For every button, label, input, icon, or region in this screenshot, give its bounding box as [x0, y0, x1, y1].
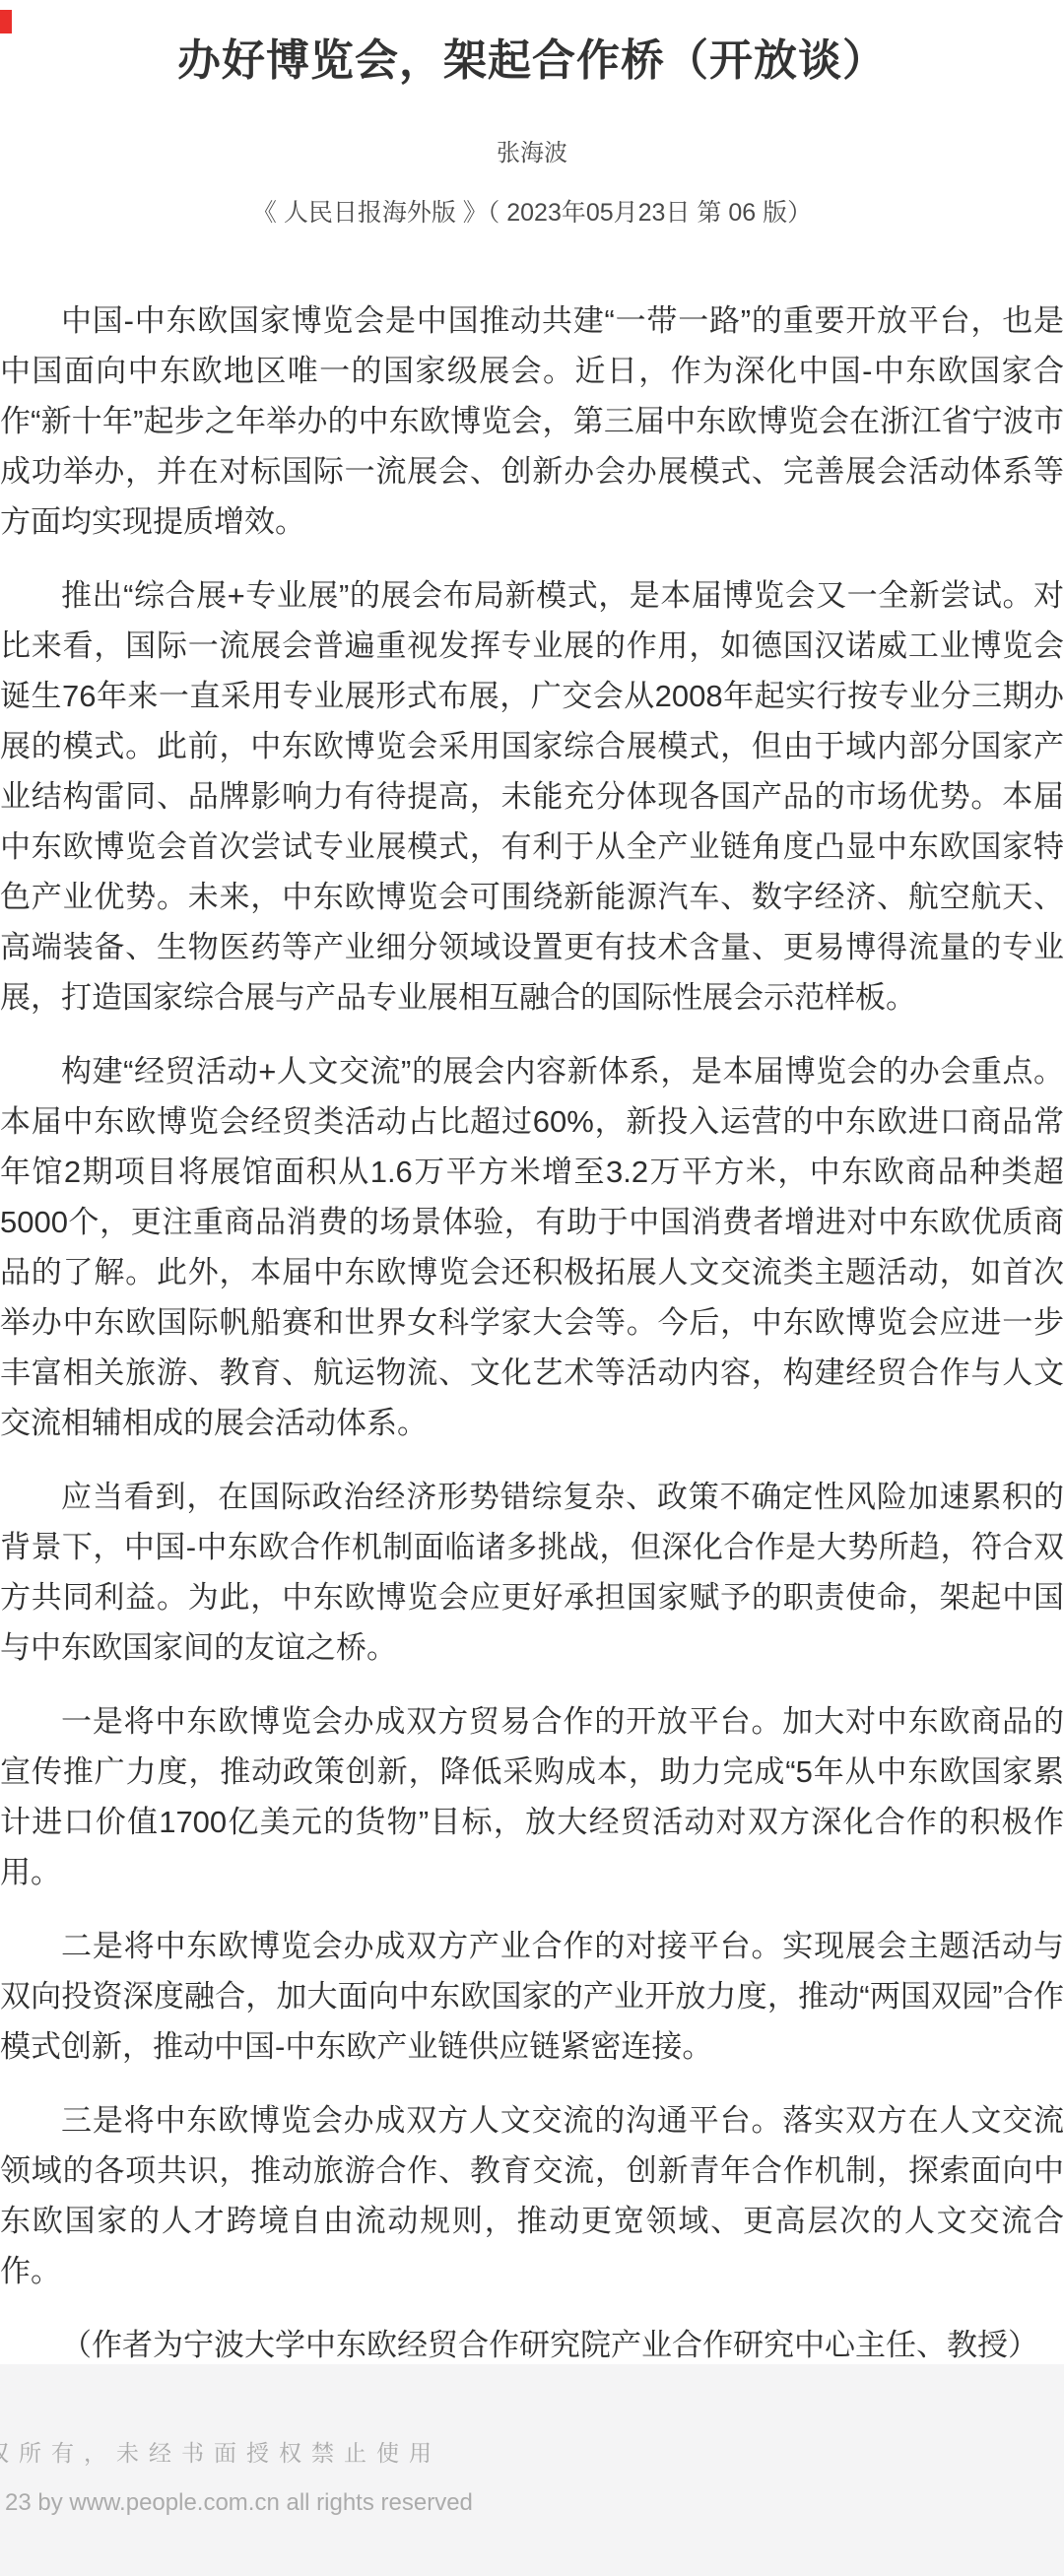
article-body: 中国-中东欧国家博览会是中国推动共建“一带一路”的重要开放平台，也是中国面向中东…	[0, 296, 1064, 2370]
article-paragraph: 一是将中东欧博览会办成双方贸易合作的开放平台。加大对中东欧商品的宣传推广力度，推…	[0, 1696, 1064, 1897]
article-paragraph: （作者为宁波大学中东欧经贸合作研究院产业合作研究中心主任、教授）	[0, 2320, 1064, 2370]
article-paragraph: 应当看到，在国际政治经济形势错综复杂、政策不确定性风险加速累积的背景下，中国-中…	[0, 1472, 1064, 1673]
article-paragraph: 推出“综合展+专业展”的展会布局新模式，是本届博览会又一全新尝试。对比来看，国际…	[0, 570, 1064, 1023]
article-paragraph: 三是将中东欧博览会办成双方人文交流的沟通平台。落实双方在人文交流领域的各项共识，…	[0, 2095, 1064, 2296]
footer-copyright-en: 23 by www.people.com.cn all rights reser…	[5, 2489, 1064, 2517]
article-author: 张海波	[0, 133, 1064, 167]
article-paragraph: 构建“经贸活动+人文交流”的展会内容新体系，是本届博览会的办会重点。本届中东欧博…	[0, 1046, 1064, 1448]
article-header: 办好博览会，架起合作桥（开放谈） 张海波 《 人民日报海外版 》（ 2023年0…	[0, 0, 1064, 229]
page-footer: 权所有，未经书面授权禁止使用 23 by www.people.com.cn a…	[0, 2364, 1064, 2576]
corner-red-badge	[0, 10, 12, 33]
article-title: 办好博览会，架起合作桥（开放谈）	[59, 35, 1005, 88]
article-paragraph: 中国-中东欧国家博览会是中国推动共建“一带一路”的重要开放平台，也是中国面向中东…	[0, 296, 1064, 547]
article-paragraph: 二是将中东欧博览会办成双方产业合作的对接平台。实现展会主题活动与双向投资深度融合…	[0, 1921, 1064, 2072]
article-page: 办好博览会，架起合作桥（开放谈） 张海波 《 人民日报海外版 》（ 2023年0…	[0, 0, 1064, 2576]
footer-copyright-zh: 权所有，未经书面授权禁止使用	[0, 2435, 1064, 2468]
article-source-line: 《 人民日报海外版 》（ 2023年05月23日 第 06 版）	[0, 193, 1064, 229]
